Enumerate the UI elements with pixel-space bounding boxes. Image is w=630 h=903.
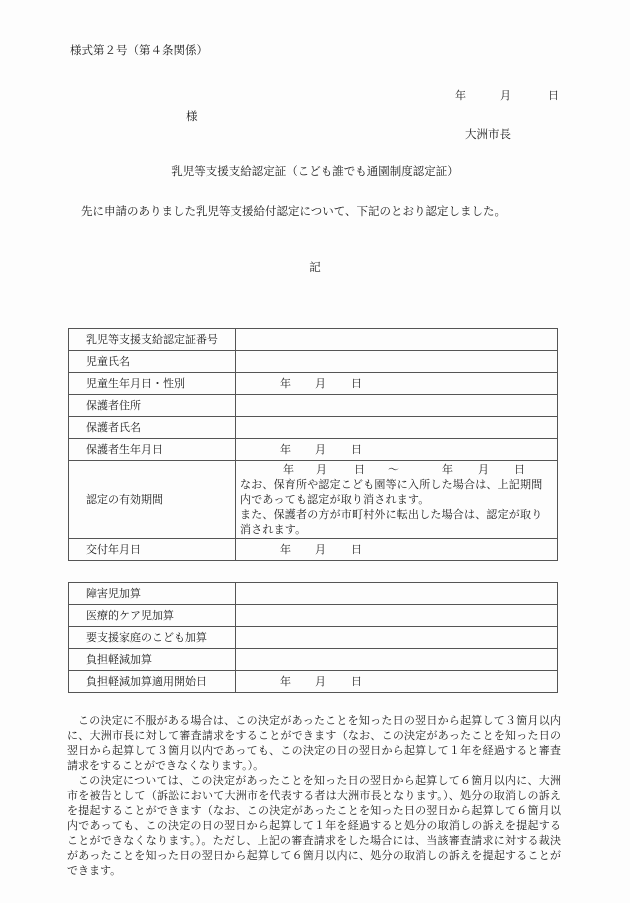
- appeal-notice-review-request: この決定に不服がある場合は、この決定があったことを知った日の翌日から起算して３箇…: [67, 713, 561, 773]
- day-label: 日: [351, 675, 362, 689]
- validity-note-relocation: また、保護者の方が市町村外に転出した場合は、認定が取り消されます。: [240, 507, 553, 537]
- day-label: 日: [351, 543, 362, 557]
- year-label: 年: [280, 377, 291, 391]
- medical-care-addition-field[interactable]: [236, 605, 558, 627]
- table-row: 児童氏名: [69, 351, 558, 373]
- start-month-label: 月: [316, 462, 327, 477]
- row-label-disability-addition: 障害児加算: [69, 583, 236, 605]
- start-day-label: 日: [354, 462, 365, 477]
- issue-date-field[interactable]: 年 月 日: [236, 539, 558, 561]
- burden-reduction-start-date-field[interactable]: 年 月 日: [236, 671, 558, 693]
- guardian-birthdate-field[interactable]: 年 月 日: [236, 439, 558, 461]
- row-label-cert-number: 乳児等支援支給認定証番号: [69, 329, 236, 351]
- issue-date-month-label: 月: [500, 87, 511, 103]
- table-row: 負担軽減加算: [69, 649, 558, 671]
- validity-note-enrollment: なお、保育所や認定こども園等に入所した場合は、上記期間内であっても認定が取り消さ…: [240, 477, 553, 507]
- range-tilde: ～: [388, 462, 399, 477]
- recipient-honorific: 様: [186, 108, 198, 124]
- row-label-child-name: 児童氏名: [69, 351, 236, 373]
- appeal-notice-lawsuit: この決定については、この決定があったことを知った日の翌日から起算して６箇月以内に…: [67, 773, 561, 878]
- table-row: 保護者住所: [69, 395, 558, 417]
- child-birthdate-field[interactable]: 年 月 日: [236, 373, 558, 395]
- validity-period-field[interactable]: 年 月 日 ～ 年 月 日 なお、保育所や認定こども園等に入所した場合は、上記期…: [236, 461, 558, 539]
- year-label: 年: [280, 443, 291, 457]
- table-row: 医療的ケア児加算: [69, 605, 558, 627]
- table-row: 保護者氏名: [69, 417, 558, 439]
- year-label: 年: [280, 675, 291, 689]
- certification-table: 乳児等支援支給認定証番号 児童氏名 児童生年月日・性別 年 月 日 保護者住所 …: [68, 328, 558, 561]
- guardian-name-field[interactable]: [236, 417, 558, 439]
- issuer-name: 大洲市長: [465, 126, 511, 142]
- start-year-label: 年: [283, 462, 294, 477]
- row-label-validity-period: 認定の有効期間: [69, 461, 236, 539]
- burden-reduction-addition-field[interactable]: [236, 649, 558, 671]
- row-label-issue-date: 交付年月日: [69, 539, 236, 561]
- end-year-label: 年: [442, 462, 453, 477]
- month-label: 月: [315, 443, 326, 457]
- form-number: 様式第２号（第４条関係）: [70, 42, 208, 58]
- cert-number-field[interactable]: [236, 329, 558, 351]
- table-row: 障害児加算: [69, 583, 558, 605]
- support-family-addition-field[interactable]: [236, 627, 558, 649]
- row-label-medical-care-addition: 医療的ケア児加算: [69, 605, 236, 627]
- document-title: 乳児等支援支給認定証（こども誰でも通園制度認定証）: [0, 163, 630, 179]
- row-label-burden-reduction-start-date: 負担軽減加算適用開始日: [69, 671, 236, 693]
- month-label: 月: [315, 377, 326, 391]
- issue-date-day-label: 日: [548, 87, 559, 103]
- month-label: 月: [315, 675, 326, 689]
- row-label-guardian-address: 保護者住所: [69, 395, 236, 417]
- row-label-child-birthdate-sex: 児童生年月日・性別: [69, 373, 236, 395]
- row-label-guardian-birthdate: 保護者生年月日: [69, 439, 236, 461]
- child-name-field[interactable]: [236, 351, 558, 373]
- intro-text: 先に申請のありました乳児等支援給付認定について、下記のとおり認定しました。: [81, 203, 506, 219]
- month-label: 月: [315, 543, 326, 557]
- disability-addition-field[interactable]: [236, 583, 558, 605]
- table-row: 交付年月日 年 月 日: [69, 539, 558, 561]
- day-label: 日: [351, 377, 362, 391]
- end-month-label: 月: [478, 462, 489, 477]
- ki-heading: 記: [0, 259, 630, 275]
- table-row: 児童生年月日・性別 年 月 日: [69, 373, 558, 395]
- day-label: 日: [351, 443, 362, 457]
- guardian-address-field[interactable]: [236, 395, 558, 417]
- row-label-burden-reduction-addition: 負担軽減加算: [69, 649, 236, 671]
- year-label: 年: [280, 543, 291, 557]
- table-row: 負担軽減加算適用開始日 年 月 日: [69, 671, 558, 693]
- row-label-support-family-addition: 要支援家庭のこども加算: [69, 627, 236, 649]
- issue-date-year-label: 年: [455, 87, 466, 103]
- end-day-label: 日: [514, 462, 525, 477]
- row-label-guardian-name: 保護者氏名: [69, 417, 236, 439]
- appeal-notice: この決定に不服がある場合は、この決定があったことを知った日の翌日から起算して３箇…: [67, 713, 561, 878]
- table-row: 乳児等支援支給認定証番号: [69, 329, 558, 351]
- table-row: 要支援家庭のこども加算: [69, 627, 558, 649]
- table-row: 認定の有効期間 年 月 日 ～ 年 月 日 なお、保育所や認定こども園等に入所し…: [69, 461, 558, 539]
- additions-table: 障害児加算 医療的ケア児加算 要支援家庭のこども加算 負担軽減加算 負担軽減加算…: [68, 582, 558, 693]
- table-row: 保護者生年月日 年 月 日: [69, 439, 558, 461]
